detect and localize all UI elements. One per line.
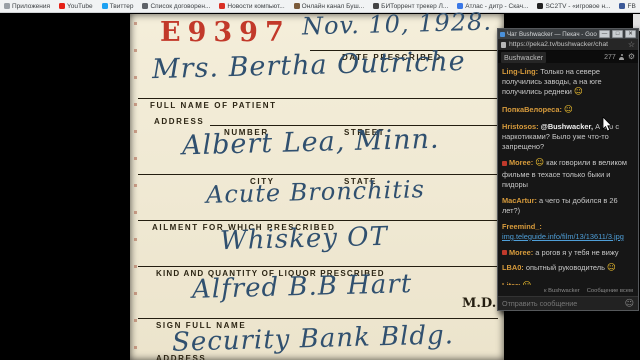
patient-handwriting: Mrs. Bertha Outriche <box>152 46 466 85</box>
city-line <box>138 174 498 175</box>
channel-name[interactable]: Bushwacker <box>501 52 546 63</box>
chat-message: Ling-Ling: Только на севере получились з… <box>502 67 634 99</box>
smiley-emoji: ☺ <box>607 263 616 273</box>
bookmark-label: Онлайн канал Буш... <box>302 3 365 10</box>
prescription-serial: E9397 <box>160 17 291 48</box>
smiley-emoji: ☺ <box>564 105 573 115</box>
donation-badge-icon <box>502 161 507 166</box>
apps-shortcut[interactable]: Приложения <box>4 3 50 10</box>
chat-urlbar: https://peka2.tv/bushwacker/chat ☆ <box>498 39 638 51</box>
reply-to-link[interactable]: к Bushwacker <box>544 288 580 294</box>
chat-text: а рогов я у тебя не вижу <box>535 248 618 257</box>
chat-message: ПопкаВелореса: ☺ <box>502 105 634 117</box>
emoji-picker-icon[interactable]: ☺ <box>625 299 634 309</box>
liquor-line <box>138 266 498 267</box>
chat-nick[interactable]: MacArtur: <box>502 196 537 205</box>
viewer-count: 277 <box>604 54 616 61</box>
url-text[interactable]: https://peka2.tv/bushwacker/chat <box>509 41 625 48</box>
message-all-link[interactable]: Сообщение всем <box>587 288 633 294</box>
torrent-icon <box>373 3 379 9</box>
viewers-icon[interactable] <box>619 54 625 60</box>
bookmark-label: SC2TV - «игровое н... <box>545 3 610 10</box>
channel-icon <box>294 3 300 9</box>
smiley-emoji: ☺ <box>574 87 583 97</box>
mouse-cursor <box>602 117 614 133</box>
ailment-line <box>138 220 498 221</box>
chat-nick[interactable]: ПопкаВелореса: <box>502 105 562 114</box>
person-icon <box>142 3 148 9</box>
chat-nick[interactable]: Moree: <box>509 158 533 167</box>
mention[interactable]: @Bushwacker, <box>541 122 593 131</box>
maximize-button[interactable]: □ <box>612 30 623 38</box>
chat-nick[interactable]: LBA0: <box>502 263 524 272</box>
chat-message: Hristosos: @Bushwacker, А что с наркотик… <box>502 122 634 153</box>
chat-nick[interactable]: Ling-Ling: <box>502 67 538 76</box>
address2-handwriting: Security Bank Bldg. <box>172 320 455 357</box>
chat-message: MacArtur: а чего ты добился в 26 лет?) <box>502 196 634 216</box>
prescription-document: E9397 Nov. 10, 1928. DATE PRESCRIBED Mrs… <box>130 14 504 360</box>
signature-handwriting: Alfred B.B Hart <box>192 269 413 305</box>
city-handwriting: Albert Lea, Minn. <box>182 124 440 162</box>
chat-window-title: Чат Bushwacker — Пекач - Google Chrome <box>507 31 597 38</box>
chat-window: Чат Bushwacker — Пекач - Google Chrome —… <box>497 28 639 311</box>
news-icon <box>219 3 225 9</box>
sc2tv-icon <box>537 3 543 9</box>
screen: Приложения YouTube Твиттер Список догово… <box>0 0 640 360</box>
chat-header: Bushwacker 277 ⚙ <box>498 51 638 63</box>
bookmark-label: YouTube <box>67 3 93 10</box>
chat-nick[interactable]: Hristosos: <box>502 122 539 131</box>
minimize-button[interactable]: — <box>599 30 610 38</box>
address-label: ADDRESS <box>154 117 204 126</box>
patient-label: FULL NAME OF PATIENT <box>150 101 277 110</box>
page-icon <box>501 42 506 48</box>
bookmark-label: Твиттер <box>110 3 134 10</box>
chat-message-input[interactable] <box>502 299 622 308</box>
chrome-tab-icon <box>500 32 505 37</box>
donation-badge-icon <box>502 250 507 255</box>
apps-grid-icon <box>4 3 10 9</box>
chat-foot-links: к Bushwacker Сообщение всем <box>498 285 638 296</box>
chat-link[interactable]: img.teleguide.info/film/13/13611/3.jpg <box>502 232 624 241</box>
chat-message-list[interactable]: Ling-Ling: Только на севере получились з… <box>498 63 638 285</box>
apps-label: Приложения <box>12 3 50 10</box>
chat-titlebar[interactable]: Чат Bushwacker — Пекач - Google Chrome —… <box>498 29 638 39</box>
bookmark-item-facebook[interactable]: FB <box>619 3 635 10</box>
md-suffix: M.D. <box>462 296 496 311</box>
bookmark-star-icon[interactable]: ☆ <box>628 41 635 49</box>
patient-line <box>138 98 498 99</box>
chat-nick[interactable]: Moree: <box>509 248 533 257</box>
chat-text: опытный руководитель <box>526 263 605 272</box>
bookmark-item-twitter[interactable]: Твиттер <box>102 3 134 10</box>
bookmark-item-channel[interactable]: Онлайн канал Буш... <box>294 3 365 10</box>
bookmark-label: FB <box>627 3 635 10</box>
chat-input-row: ☺ <box>498 296 638 310</box>
smiley-emoji: ☺ <box>535 158 544 168</box>
facebook-icon <box>619 3 625 9</box>
address2-label: ADDRESS <box>156 354 206 360</box>
ailment-handwriting: Acute Bronchitis <box>206 175 426 209</box>
chat-nick[interactable]: Freemind_: <box>502 222 542 231</box>
signature-line <box>138 318 498 319</box>
bookmark-item-news[interactable]: Новости компьют... <box>219 3 284 10</box>
youtube-icon <box>59 3 65 9</box>
bookmark-label: Список договорен... <box>150 3 210 10</box>
bookmark-item-sc2tv[interactable]: SC2TV - «игровое н... <box>537 3 610 10</box>
bookmark-item-youtube[interactable]: YouTube <box>59 3 93 10</box>
date-handwriting: Nov. 10, 1928. <box>302 8 493 41</box>
chat-message: Moree: ☺ как говорили в великом фильме в… <box>502 158 634 190</box>
bookmark-item-contracts[interactable]: Список договорен... <box>142 3 210 10</box>
gear-icon[interactable]: ⚙ <box>628 53 635 61</box>
chat-message: Freemind_: img.teleguide.info/film/13/13… <box>502 222 634 242</box>
bookmark-label: Новости компьют... <box>227 3 284 10</box>
chat-message: LBA0: опытный руководитель ☺ <box>502 263 634 275</box>
twitter-icon <box>102 3 108 9</box>
close-button[interactable]: ✕ <box>625 30 636 38</box>
chat-message: Moree: а рогов я у тебя не вижу <box>502 248 634 258</box>
liquor-handwriting: Whiskey OT <box>220 222 389 256</box>
